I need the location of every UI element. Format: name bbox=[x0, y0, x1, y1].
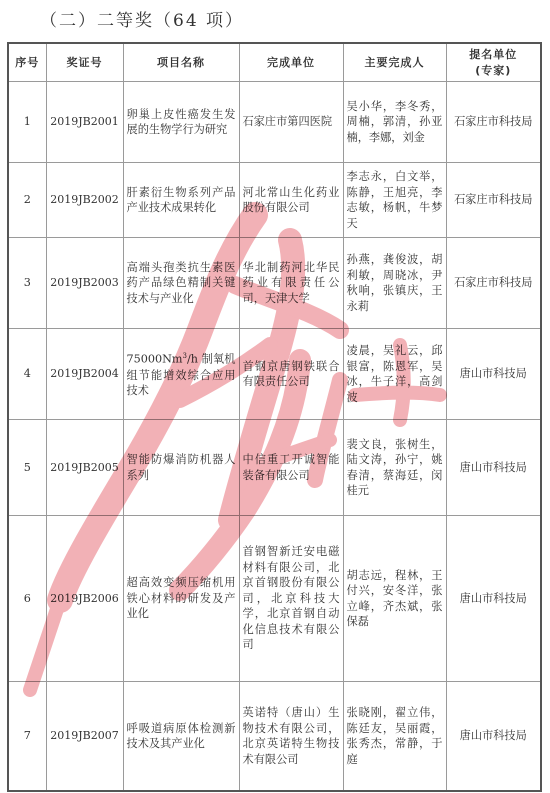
cell-cert-no: 2019JB2006 bbox=[46, 516, 123, 682]
project-prefix: 75000Nm bbox=[127, 353, 183, 366]
cell-unit: 英诺特（唐山）生物技术有限公司，北京英诺特生物技术有限公司 bbox=[239, 682, 343, 792]
cell-project: 卵巢上皮性癌发生发展的生物学行为研究 bbox=[123, 82, 239, 163]
cell-nominator: 唐山市科技局 bbox=[446, 516, 541, 682]
cell-project: 超高效变频压缩机用铁心材料的研发及产业化 bbox=[123, 516, 239, 682]
table-row: 6 2019JB2006 超高效变频压缩机用铁心材料的研发及产业化 首钢智新迁安… bbox=[8, 516, 541, 682]
cell-nominator: 石家庄市科技局 bbox=[446, 82, 541, 163]
cell-unit: 首钢智新迁安电磁材料有限公司，北京首钢股份有限公司，北京科技大学，北京首钢自动化… bbox=[239, 516, 343, 682]
cell-nominator: 唐山市科技局 bbox=[446, 682, 541, 792]
header-unit: 完成单位 bbox=[239, 43, 343, 82]
cell-cert-no: 2019JB2002 bbox=[46, 163, 123, 238]
header-nominator-label: 提名单位 bbox=[450, 47, 538, 63]
header-nominator: 提名单位 (专家) bbox=[446, 43, 541, 82]
header-nominator-sub: (专家) bbox=[450, 63, 538, 79]
cell-cert-no: 2019JB2003 bbox=[46, 238, 123, 329]
cell-cert-no: 2019JB2001 bbox=[46, 82, 123, 163]
cell-unit: 首钢京唐钢铁联合有限责任公司 bbox=[239, 329, 343, 420]
cell-unit: 华北制药河北华民药业有限责任公司，天津大学 bbox=[239, 238, 343, 329]
cell-index: 3 bbox=[8, 238, 46, 329]
cell-cert-no: 2019JB2005 bbox=[46, 420, 123, 516]
header-index: 序号 bbox=[8, 43, 46, 82]
cell-index: 7 bbox=[8, 682, 46, 792]
cell-index: 1 bbox=[8, 82, 46, 163]
cell-persons: 吴小华，李冬秀，周楠，郭清，孙亚楠，李娜，刘金 bbox=[343, 82, 446, 163]
table-row: 7 2019JB2007 呼吸道病原体检测新技术及其产业化 英诺特（唐山）生物技… bbox=[8, 682, 541, 792]
cell-nominator: 唐山市科技局 bbox=[446, 420, 541, 516]
cell-project: 呼吸道病原体检测新技术及其产业化 bbox=[123, 682, 239, 792]
cell-cert-no: 2019JB2004 bbox=[46, 329, 123, 420]
header-cert-no: 奖证号 bbox=[46, 43, 123, 82]
cell-index: 5 bbox=[8, 420, 46, 516]
table-row: 4 2019JB2004 75000Nm3/h 制氧机组节能增效综合应用技术 首… bbox=[8, 329, 541, 420]
cell-persons: 裴文良，张树生，陆文涛，孙宁，姚春清，蔡海廷，闵桂元 bbox=[343, 420, 446, 516]
cell-persons: 孙燕，龚俊波，胡利敏，周晓冰，尹秋响，张镇庆，王永莉 bbox=[343, 238, 446, 329]
header-persons: 主要完成人 bbox=[343, 43, 446, 82]
cell-persons: 胡志远，程林，王付兴，安冬洋，张立峰，齐杰斌，张保磊 bbox=[343, 516, 446, 682]
cell-project: 肝素衍生物系列产品产业技术成果转化 bbox=[123, 163, 239, 238]
section-title: （二）二等奖（64 项） bbox=[40, 6, 244, 31]
cell-nominator: 石家庄市科技局 bbox=[446, 163, 541, 238]
awards-table: 序号 奖证号 项目名称 完成单位 主要完成人 提名单位 (专家) 1 2019J… bbox=[7, 42, 542, 792]
table-row: 2 2019JB2002 肝素衍生物系列产品产业技术成果转化 河北常山生化药业股… bbox=[8, 163, 541, 238]
cell-persons: 张晓刚，翟立伟，陈廷友，吴丽霞，张秀杰，常静，于庭 bbox=[343, 682, 446, 792]
cell-unit: 中信重工开诚智能装备有限公司 bbox=[239, 420, 343, 516]
cell-persons: 李志永，白文举，陈静，王旭亮，李志敏，杨帆，牛梦天 bbox=[343, 163, 446, 238]
cell-index: 6 bbox=[8, 516, 46, 682]
cell-nominator: 石家庄市科技局 bbox=[446, 238, 541, 329]
table-header-row: 序号 奖证号 项目名称 完成单位 主要完成人 提名单位 (专家) bbox=[8, 43, 541, 82]
cell-cert-no: 2019JB2007 bbox=[46, 682, 123, 792]
table-row: 5 2019JB2005 智能防爆消防机器人系列 中信重工开诚智能装备有限公司 … bbox=[8, 420, 541, 516]
table-row: 1 2019JB2001 卵巢上皮性癌发生发展的生物学行为研究 石家庄市第四医院… bbox=[8, 82, 541, 163]
cell-index: 4 bbox=[8, 329, 46, 420]
cell-persons: 凌晨，吴礼云，邱银富，陈恩军，吴冰，牛子洋，高剑波 bbox=[343, 329, 446, 420]
cell-project: 高端头孢类抗生素医药产品绿色精制关键技术与产业化 bbox=[123, 238, 239, 329]
cell-index: 2 bbox=[8, 163, 46, 238]
cell-project: 智能防爆消防机器人系列 bbox=[123, 420, 239, 516]
table-row: 3 2019JB2003 高端头孢类抗生素医药产品绿色精制关键技术与产业化 华北… bbox=[8, 238, 541, 329]
header-project: 项目名称 bbox=[123, 43, 239, 82]
cell-unit: 河北常山生化药业股份有限公司 bbox=[239, 163, 343, 238]
cell-project: 75000Nm3/h 制氧机组节能增效综合应用技术 bbox=[123, 329, 239, 420]
cell-nominator: 唐山市科技局 bbox=[446, 329, 541, 420]
cell-unit: 石家庄市第四医院 bbox=[239, 82, 343, 163]
